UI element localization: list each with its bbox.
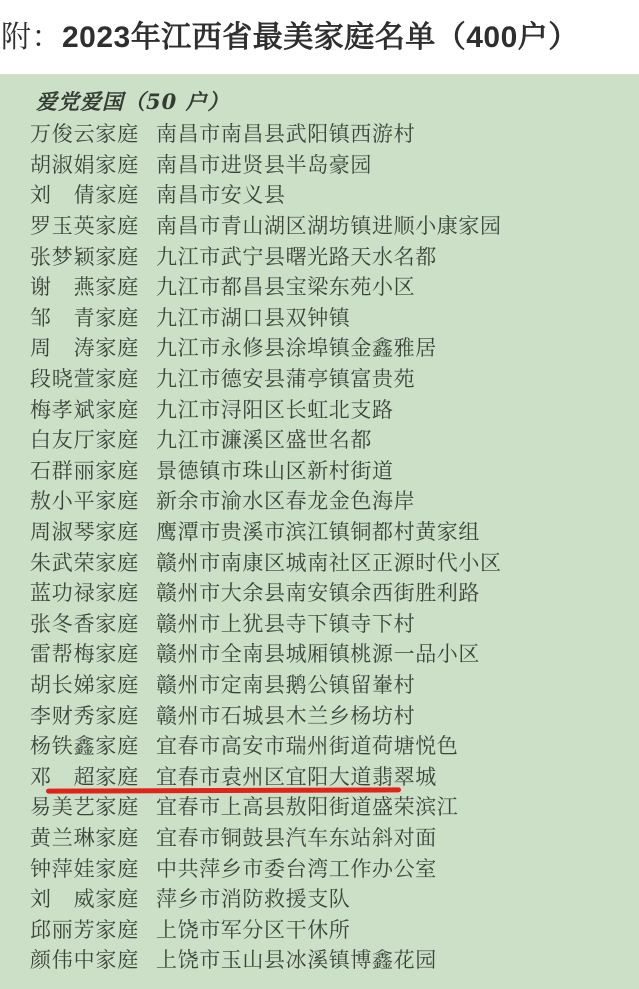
family-address: 九江市都昌县宝梁东苑小区 <box>156 271 639 301</box>
family-name: 石群丽家庭 <box>30 455 156 485</box>
family-name: 胡长娣家庭 <box>30 669 156 699</box>
family-name: 白友厅家庭 <box>30 424 156 454</box>
family-name: 周 涛家庭 <box>30 332 156 362</box>
family-name: 颜伟中家庭 <box>30 944 156 974</box>
family-address: 中共萍乡市委台湾工作办公室 <box>156 853 639 883</box>
family-row: 敖小平家庭 新余市渝水区春龙金色海岸 <box>0 485 639 516</box>
family-list: 万俊云家庭 南昌市南昌县武阳镇西游村 胡淑娟家庭 南昌市进贤县半岛豪园 刘 倩家… <box>0 118 639 975</box>
section-heading: 爱党爱国（50 户） <box>36 89 639 115</box>
family-row: 李财秀家庭 赣州市石城县木兰乡杨坊村 <box>0 699 639 730</box>
family-address: 萍乡市消防救援支队 <box>156 883 639 913</box>
family-name: 周淑琴家庭 <box>30 516 156 546</box>
family-row: 蓝功禄家庭 赣州市大余县南安镇余西街胜利路 <box>0 577 639 608</box>
family-row: 钟萍娃家庭 中共萍乡市委台湾工作办公室 <box>0 852 639 883</box>
family-name: 梅孝斌家庭 <box>30 394 156 424</box>
family-address: 景德镇市珠山区新村街道 <box>156 455 639 485</box>
family-name: 张冬香家庭 <box>30 608 156 638</box>
family-address: 赣州市南康区城南社区正源时代小区 <box>156 547 639 577</box>
family-address: 赣州市定南县鹅公镇留輋村 <box>156 669 639 699</box>
family-row: 石群丽家庭 景德镇市珠山区新村街道 <box>0 455 639 486</box>
family-address: 九江市德安县蒲亭镇富贵苑 <box>156 363 639 393</box>
family-row: 朱武荣家庭 赣州市南康区城南社区正源时代小区 <box>0 546 639 577</box>
family-address: 宜春市袁州区宜阳大道翡翠城 <box>156 761 639 791</box>
family-address: 宜春市高安市瑞州街道荷塘悦色 <box>156 730 639 760</box>
family-row: 周 涛家庭 九江市永修县涂埠镇金鑫雅居 <box>0 332 639 363</box>
family-name: 张梦颖家庭 <box>30 241 156 271</box>
list-panel: 爱党爱国（50 户） 万俊云家庭 南昌市南昌县武阳镇西游村 胡淑娟家庭 南昌市进… <box>0 74 639 989</box>
family-address: 南昌市南昌县武阳镇西游村 <box>156 118 639 148</box>
family-name: 罗玉英家庭 <box>30 210 156 240</box>
title-main: 2023年江西省最美家庭名单（400户） <box>62 21 579 54</box>
family-row: 胡长娣家庭 赣州市定南县鹅公镇留輋村 <box>0 669 639 700</box>
family-name: 蓝功禄家庭 <box>30 577 156 607</box>
family-name: 段晓萱家庭 <box>30 363 156 393</box>
family-row: 段晓萱家庭 九江市德安县蒲亭镇富贵苑 <box>0 363 639 394</box>
family-row: 邓 超家庭 宜春市袁州区宜阳大道翡翠城 <box>0 760 639 791</box>
family-row: 黄兰琳家庭 宜春市铜鼓县汽车东站斜对面 <box>0 822 639 853</box>
family-row: 张梦颖家庭 九江市武宁县曙光路天水名都 <box>0 240 639 271</box>
family-name: 万俊云家庭 <box>30 118 156 148</box>
family-address: 上饶市玉山县冰溪镇博鑫花园 <box>156 944 639 974</box>
family-name: 易美艺家庭 <box>30 791 156 821</box>
family-address: 宜春市铜鼓县汽车东站斜对面 <box>156 822 639 852</box>
family-name: 邱丽芳家庭 <box>30 914 156 944</box>
family-address: 上饶市军分区干休所 <box>156 914 639 944</box>
family-name: 刘 威家庭 <box>30 883 156 913</box>
family-name: 敖小平家庭 <box>30 485 156 515</box>
family-name: 谢 燕家庭 <box>30 271 156 301</box>
family-address: 九江市濂溪区盛世名都 <box>156 424 639 454</box>
family-row: 邱丽芳家庭 上饶市军分区干休所 <box>0 913 639 944</box>
family-address: 鹰潭市贵溪市滨江镇铜都村黄家组 <box>156 516 639 546</box>
family-name: 邓 超家庭 <box>30 761 156 791</box>
title-prefix: 附： <box>1 21 62 54</box>
family-row: 易美艺家庭 宜春市上高县敖阳街道盛荣滨江 <box>0 791 639 822</box>
family-address: 九江市永修县涂埠镇金鑫雅居 <box>156 332 639 362</box>
family-name: 雷帮梅家庭 <box>30 638 156 668</box>
family-row: 罗玉英家庭 南昌市青山湖区湖坊镇进顺小康家园 <box>0 210 639 241</box>
family-address: 赣州市大余县南安镇余西街胜利路 <box>156 577 639 607</box>
family-row: 邹 青家庭 九江市湖口县双钟镇 <box>0 302 639 333</box>
family-name: 黄兰琳家庭 <box>30 822 156 852</box>
family-address: 南昌市安义县 <box>156 179 639 209</box>
family-address: 宜春市上高县敖阳街道盛荣滨江 <box>156 791 639 821</box>
family-address: 南昌市青山湖区湖坊镇进顺小康家园 <box>156 210 639 240</box>
family-address: 九江市浔阳区长虹北支路 <box>156 394 639 424</box>
family-name: 李财秀家庭 <box>30 700 156 730</box>
document-page: 附：2023年江西省最美家庭名单（400户） 爱党爱国（50 户） 万俊云家庭 … <box>0 0 639 989</box>
family-address: 南昌市进贤县半岛豪园 <box>156 149 639 179</box>
family-row: 颜伟中家庭 上饶市玉山县冰溪镇博鑫花园 <box>0 944 639 975</box>
family-name: 邹 青家庭 <box>30 302 156 332</box>
family-row: 白友厅家庭 九江市濂溪区盛世名都 <box>0 424 639 455</box>
family-address: 赣州市上犹县寺下镇寺下村 <box>156 608 639 638</box>
family-row: 万俊云家庭 南昌市南昌县武阳镇西游村 <box>0 118 639 149</box>
family-row: 胡淑娟家庭 南昌市进贤县半岛豪园 <box>0 149 639 180</box>
family-address: 赣州市石城县木兰乡杨坊村 <box>156 700 639 730</box>
family-row: 刘 倩家庭 南昌市安义县 <box>0 179 639 210</box>
family-row: 杨铁鑫家庭 宜春市高安市瑞州街道荷塘悦色 <box>0 730 639 761</box>
family-name: 刘 倩家庭 <box>30 179 156 209</box>
family-row: 张冬香家庭 赣州市上犹县寺下镇寺下村 <box>0 608 639 639</box>
family-address: 赣州市全南县城厢镇桃源一品小区 <box>156 638 639 668</box>
family-name: 钟萍娃家庭 <box>30 853 156 883</box>
family-row: 谢 燕家庭 九江市都昌县宝梁东苑小区 <box>0 271 639 302</box>
family-address: 九江市武宁县曙光路天水名都 <box>156 241 639 271</box>
family-row: 周淑琴家庭 鹰潭市贵溪市滨江镇铜都村黄家组 <box>0 516 639 547</box>
family-address: 新余市渝水区春龙金色海岸 <box>156 485 639 515</box>
family-row: 梅孝斌家庭 九江市浔阳区长虹北支路 <box>0 393 639 424</box>
family-name: 朱武荣家庭 <box>30 547 156 577</box>
family-address: 九江市湖口县双钟镇 <box>156 302 639 332</box>
family-name: 杨铁鑫家庭 <box>30 730 156 760</box>
family-row: 刘 威家庭 萍乡市消防救援支队 <box>0 883 639 914</box>
family-name: 胡淑娟家庭 <box>30 149 156 179</box>
family-row: 雷帮梅家庭 赣州市全南县城厢镇桃源一品小区 <box>0 638 639 669</box>
page-title: 附：2023年江西省最美家庭名单（400户） <box>0 0 639 74</box>
